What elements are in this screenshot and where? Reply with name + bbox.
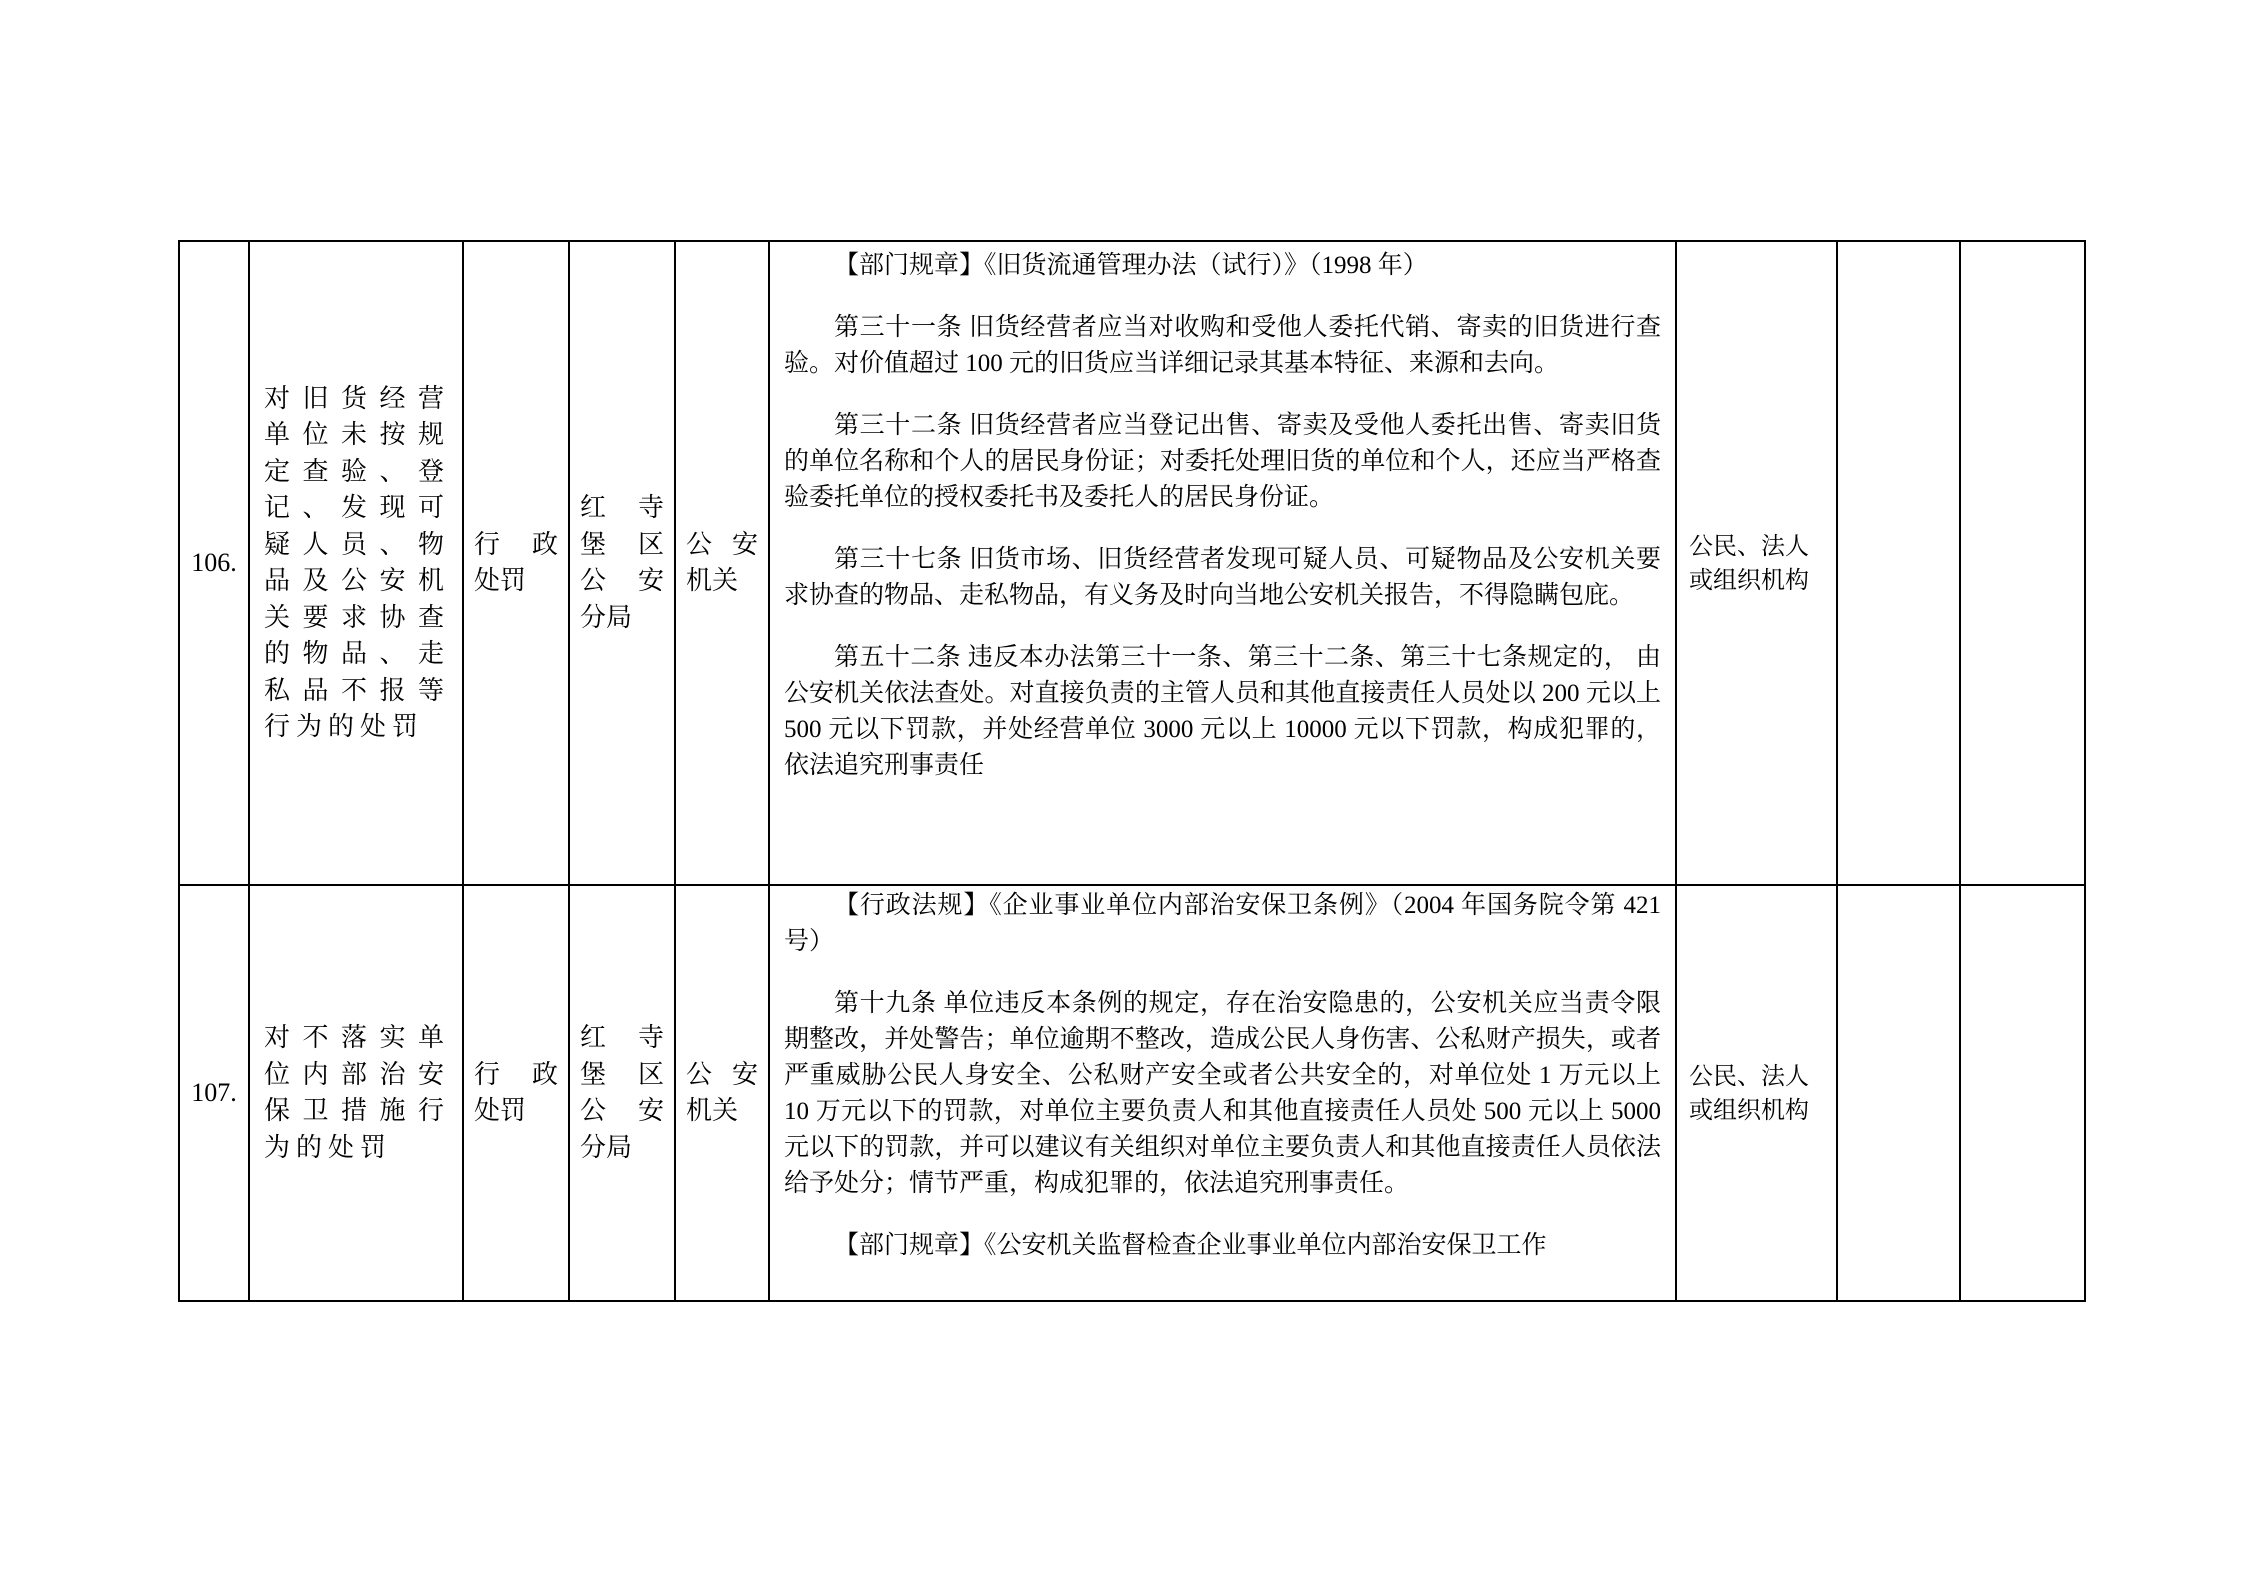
dept-part: 分局 — [580, 600, 664, 637]
item-type: 行政 处罚 — [463, 885, 569, 1301]
empty-cell — [1960, 241, 2085, 885]
item-type-part: 处罚 — [474, 563, 558, 600]
dept-part: 区 — [638, 527, 664, 564]
administrative-penalty-table: 106. 对旧货经营单位未按规定查验、登记、发现可疑人员、物品及公安机关要求协查… — [178, 240, 2086, 1302]
article-text: 第十九条 单位违反本条例的规定，存在治安隐患的，公安机关应当责令限期整改，并处警… — [784, 986, 1661, 1202]
dept-part: 分局 — [580, 1130, 664, 1167]
item-type-part: 行 — [474, 527, 500, 564]
regulation-source: 【部门规章】《公安机关监督检查企业事业单位内部治安保卫工作 — [784, 1228, 1661, 1264]
regulation-source: 【行政法规】《企业事业单位内部治安保卫条例》（2004 年国务院令第 421 号… — [784, 888, 1661, 960]
table-row: 106. 对旧货经营单位未按规定查验、登记、发现可疑人员、物品及公安机关要求协查… — [179, 241, 2085, 885]
legal-basis: 【行政法规】《企业事业单位内部治安保卫条例》（2004 年国务院令第 421 号… — [769, 885, 1676, 1301]
regulation-source: 【部门规章】《旧货流通管理办法（试行）》（1998 年） — [784, 248, 1661, 284]
dept-part: 红 — [580, 1020, 606, 1057]
responsible-organ: 公安 机关 — [675, 241, 769, 885]
item-type-part: 行 — [474, 1057, 500, 1094]
organ-part: 安 — [732, 527, 758, 564]
organ-part: 机关 — [686, 563, 758, 600]
article-text: 第三十二条 旧货经营者应当登记出售、寄卖及受他人委托出售、寄卖旧货的单位名称和个… — [784, 408, 1661, 516]
dept-part: 寺 — [638, 1020, 664, 1057]
dept-part: 公 — [580, 1093, 606, 1130]
target-subject: 公民、法人或组织机构 — [1676, 241, 1837, 885]
dept-part: 公 — [580, 563, 606, 600]
item-number: 107. — [179, 885, 249, 1301]
dept-part: 红 — [580, 490, 606, 527]
article-text: 第三十七条 旧货市场、旧货经营者发现可疑人员、可疑物品及公安机关要求协查的物品、… — [784, 542, 1661, 614]
article-text: 第三十一条 旧货经营者应当对收购和受他人委托代销、寄卖的旧货进行查验。对价值超过… — [784, 310, 1661, 382]
empty-cell — [1837, 241, 1960, 885]
organ-part: 机关 — [686, 1093, 758, 1130]
item-number: 106. — [179, 241, 249, 885]
dept-part: 安 — [638, 563, 664, 600]
dept-part: 区 — [638, 1057, 664, 1094]
organ-part: 公 — [686, 1057, 712, 1094]
implementing-dept: 红寺 堡区 公安 分局 — [569, 885, 675, 1301]
dept-part: 寺 — [638, 490, 664, 527]
implementing-dept: 红寺 堡区 公安 分局 — [569, 241, 675, 885]
item-type-part: 政 — [532, 1057, 558, 1094]
legal-basis: 【部门规章】《旧货流通管理办法（试行）》（1998 年） 第三十一条 旧货经营者… — [769, 241, 1676, 885]
item-name: 对旧货经营单位未按规定查验、登记、发现可疑人员、物品及公安机关要求协查的物品、走… — [249, 241, 463, 885]
dept-part: 安 — [638, 1093, 664, 1130]
article-text: 第五十二条 违反本办法第三十一条、第三十二条、第三十七条规定的， 由公安机关依法… — [784, 640, 1661, 784]
table-row: 107. 对不落实单位内部治安保卫措施行为的处罚 行政 处罚 红寺 堡区 公安 … — [179, 885, 2085, 1301]
empty-cell — [1837, 885, 1960, 1301]
organ-part: 安 — [732, 1057, 758, 1094]
item-type: 行政 处罚 — [463, 241, 569, 885]
item-type-part: 政 — [532, 527, 558, 564]
item-type-part: 处罚 — [474, 1093, 558, 1130]
dept-part: 堡 — [580, 1057, 606, 1094]
organ-part: 公 — [686, 527, 712, 564]
target-subject: 公民、法人或组织机构 — [1676, 885, 1837, 1301]
dept-part: 堡 — [580, 527, 606, 564]
item-name: 对不落实单位内部治安保卫措施行为的处罚 — [249, 885, 463, 1301]
responsible-organ: 公安 机关 — [675, 885, 769, 1301]
empty-cell — [1960, 885, 2085, 1301]
